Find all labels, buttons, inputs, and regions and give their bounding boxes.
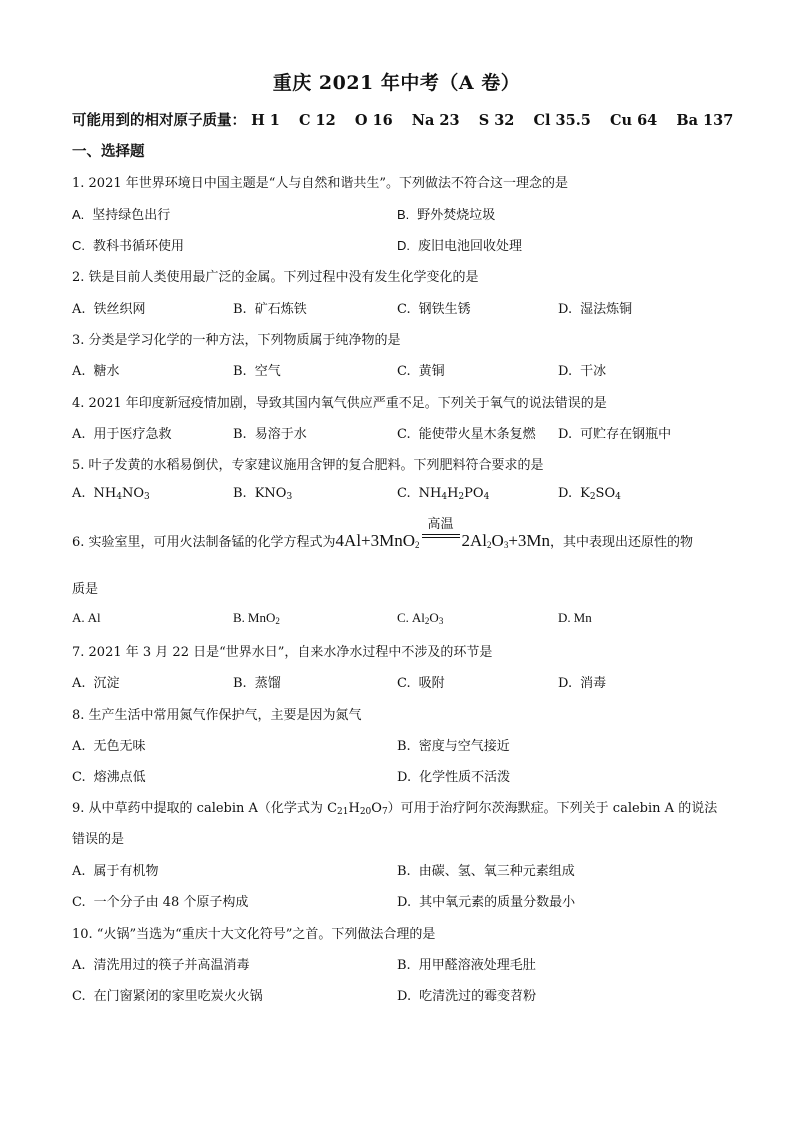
question-3-option-b: B.空气 xyxy=(233,360,281,379)
question-4-option-d: D.可贮存在钢瓶中 xyxy=(558,423,671,442)
question-9-option-d: D.其中氧元素的质量分数最小 xyxy=(397,891,575,910)
chemical-equation: 4Al+3MnO2高温2Al2O3+3Mn xyxy=(336,530,550,551)
question-8-option-d: D.化学性质不活泼 xyxy=(397,766,510,785)
question-10-option-b: B.用甲醛溶液处理毛肚 xyxy=(397,954,536,973)
question-4-option-c: C.能使带火星木条复燃 xyxy=(397,423,536,442)
question-7-option-c: C.吸附 xyxy=(397,672,445,691)
question-8-option-a: A.无色无味 xyxy=(72,735,146,754)
question-4-stem: 4. 2021 年印度新冠疫情加剧，导致其国内氧气供应严重不足。下列关于氧气的说… xyxy=(72,392,607,411)
question-8-option-c: C.熔沸点低 xyxy=(72,766,146,785)
question-1-option-c: C.教科书循环使用 xyxy=(72,235,184,254)
question-2-option-d: D.湿法炼铜 xyxy=(558,298,632,317)
question-2-option-a: A.铁丝织网 xyxy=(72,298,146,317)
chemical-formula: C21H20O7 xyxy=(327,801,388,816)
question-6-option-c: C.Al2O3 xyxy=(397,610,443,626)
question-5-option-b: B.KNO3 xyxy=(233,486,292,501)
page-title: 重庆 2021 年中考（A 卷） xyxy=(0,68,793,95)
question-6-option-b: B.MnO2 xyxy=(233,610,280,626)
question-2-option-b: B.矿石炼铁 xyxy=(233,298,307,317)
question-5-option-a: A.NH4NO3 xyxy=(72,486,150,501)
question-1-stem: 1. 2021 年世界环境日中国主题是“人与自然和谐共生”。下列做法不符合这一理… xyxy=(72,172,568,191)
question-7-option-a: A.沉淀 xyxy=(72,672,120,691)
atomic-mass-item: Cl 35.5 xyxy=(533,112,590,129)
question-3-option-a: A.糖水 xyxy=(72,360,120,379)
atomic-mass-item: Ba 137 xyxy=(676,112,733,129)
atomic-mass-item: Na 23 xyxy=(412,112,460,129)
question-2-option-c: C.钢铁生锈 xyxy=(397,298,471,317)
question-4-option-a: A.用于医疗急救 xyxy=(72,423,172,442)
question-3-option-c: C.黄铜 xyxy=(397,360,445,379)
atomic-masses: 可能用到的相对原子质量： H 1 C 12 O 16 Na 23 S 32 Cl… xyxy=(72,109,747,130)
question-1-option-d: D.废旧电池回收处理 xyxy=(397,235,522,254)
question-10-option-a: A.清洗用过的筷子并高温消毒 xyxy=(72,954,250,973)
question-4-option-b: B.易溶于水 xyxy=(233,423,307,442)
question-5-stem: 5. 叶子发黄的水稻易倒伏，专家建议施用含钾的复合肥料。下列肥料符合要求的是 xyxy=(72,454,544,473)
exam-page: 重庆 2021 年中考（A 卷） 可能用到的相对原子质量： H 1 C 12 O… xyxy=(0,0,793,1122)
question-8-stem: 8. 生产生活中常用氮气作保护气，主要是因为氮气 xyxy=(72,704,362,723)
question-6-option-a: A.Al xyxy=(72,610,101,626)
question-3-option-d: D.干冰 xyxy=(558,360,606,379)
question-9-option-a: A.属于有机物 xyxy=(72,860,159,879)
question-8-option-b: B.密度与空气接近 xyxy=(397,735,510,754)
question-9-stem-cont: 错误的是 xyxy=(72,828,124,847)
question-6-option-d: D.Mn xyxy=(558,610,592,626)
question-10-option-c: C.在门窗紧闭的家里吃炭火火锅 xyxy=(72,985,263,1004)
question-1-option-a: A.坚持绿色出行 xyxy=(72,204,170,223)
question-10-option-d: D.吃清洗过的霉变苕粉 xyxy=(397,985,536,1004)
question-5-option-c: C.NH4H2PO4 xyxy=(397,486,489,501)
question-9-option-c: C.一个分子由 48 个原子构成 xyxy=(72,891,248,910)
question-6-stem: 6. 实验室里，可用火法制备锰的化学方程式为4Al+3MnO2高温2Al2O3+… xyxy=(72,530,693,551)
atomic-mass-item: Cu 64 xyxy=(610,112,657,129)
question-7-stem: 7. 2021 年 3 月 22 日是“世界水日”，自来水净水过程中不涉及的环节… xyxy=(72,641,492,660)
question-10-stem: 10. “火锅”当选为“重庆十大文化符号”之首。下列做法合理的是 xyxy=(72,923,435,942)
atomic-masses-label: 可能用到的相对原子质量： xyxy=(72,112,246,129)
question-6-stem-cont: 质是 xyxy=(72,578,98,597)
question-7-option-b: B.蒸馏 xyxy=(233,672,281,691)
question-3-stem: 3. 分类是学习化学的一种方法，下列物质属于纯净物的是 xyxy=(72,329,401,348)
question-2-stem: 2. 铁是目前人类使用最广泛的金属。下列过程中没有发生化学变化的是 xyxy=(72,266,479,285)
atomic-mass-item: S 32 xyxy=(479,112,515,129)
question-9-option-b: B.由碳、氢、氧三种元素组成 xyxy=(397,860,575,879)
question-7-option-d: D.消毒 xyxy=(558,672,606,691)
question-1-option-b: B.野外焚烧垃圾 xyxy=(397,204,495,223)
question-9-stem: 9. 从中草药中提取的 calebin A（化学式为 C21H20O7）可用于治… xyxy=(72,797,717,816)
atomic-mass-item: H 1 xyxy=(251,112,280,129)
atomic-mass-item: C 12 xyxy=(299,112,336,129)
section-heading: 一、选择题 xyxy=(72,140,145,161)
question-5-option-d: D.K2SO4 xyxy=(558,486,621,501)
reaction-condition: 高温 xyxy=(422,530,460,548)
atomic-mass-item: O 16 xyxy=(355,112,393,129)
